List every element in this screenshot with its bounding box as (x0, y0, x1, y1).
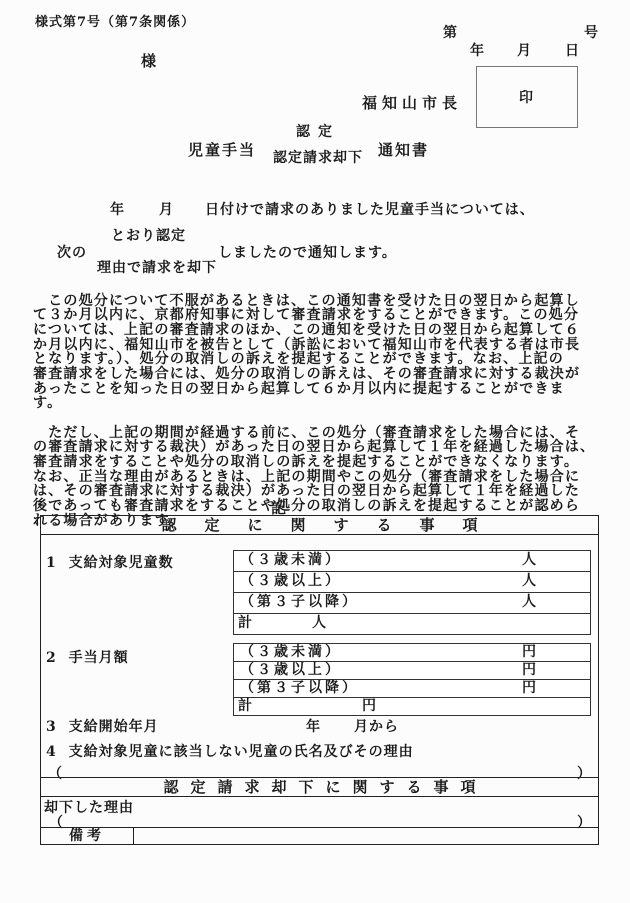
intro-option-approval: とおり認定 (111, 225, 186, 245)
header-month-label: 月 (517, 40, 531, 60)
section2-number: 2 (46, 650, 57, 666)
title-option-rejection: 認定請求却下 (258, 152, 378, 165)
section3-year-label: 年 (306, 716, 321, 736)
legal-text: この処分について不服があるときは、この通知書を受けた日の翌日から起算し て３か月… (33, 279, 608, 543)
section4-number: 4 (46, 744, 57, 760)
section1-title: 支給対象児童数 (69, 555, 174, 571)
row-label: （３歳以上） (240, 662, 342, 678)
row-unit: 円 (522, 644, 536, 660)
form-number: 様式第7号（第7条関係） (35, 11, 195, 30)
form-page: 様式第7号（第7条関係） 第 号 年 月 日 様 福知山市長 印 児童手当 認定… (0, 0, 630, 903)
title-right: 通知書 (378, 139, 429, 160)
section4-title: 支給対象児童に該当しない児童の氏名及びその理由 (69, 744, 414, 760)
total-label: 計 (238, 698, 253, 714)
table-row: （３歳以上） 円 (234, 661, 590, 679)
table-header-rejection: 認定請求却下に関する事項 (41, 777, 598, 797)
section3-title: 支給開始年月 (69, 719, 159, 735)
title-options: 認定 認定請求却下 (258, 126, 378, 165)
section3-month-from: 月から (354, 716, 399, 736)
row-label: （３歳以上） (240, 572, 342, 591)
table-header-approval: 認定に関する事項 (41, 516, 598, 535)
section4-label: 4 支給対象児童に該当しない児童の氏名及びその理由 (46, 741, 414, 761)
row-unit: 円 (522, 680, 536, 696)
intro-tail: しましたので通知します。 (218, 242, 397, 262)
intro-month-label: 月 (159, 199, 173, 219)
table-total-row: 計 円 (234, 697, 590, 715)
legal-paragraph-2: ただし、上記の期間が経過する前に、この処分（審査請求をした場合には、そ の審査請… (33, 426, 608, 529)
addressee-suffix: 様 (141, 50, 156, 71)
row-label: （第３子以降） (240, 680, 359, 696)
table-row: （第３子以降） 人 (234, 592, 590, 613)
section1-number: 1 (46, 555, 57, 571)
remarks-row: 備考 (41, 827, 598, 844)
table-row: （３歳以上） 人 (234, 571, 590, 592)
table-total-row: 計 人 (234, 613, 590, 634)
row-unit: 人 (522, 551, 536, 570)
table-row: （３歳未満） 円 (234, 644, 590, 661)
row-unit: 円 (522, 662, 536, 678)
section1-label: 1 支給対象児童数 (46, 552, 174, 572)
seal-box: 印 (476, 66, 578, 128)
header-day-label: 日 (565, 40, 579, 60)
section2-subtable: （３歳未満） 円 （３歳以上） 円 （第３子以降） 円 計 円 (233, 643, 591, 716)
intro-date-rest: 日付けで請求のありました児童手当については、 (205, 199, 535, 219)
total-unit: 円 (362, 698, 376, 714)
intro-year-label: 年 (110, 199, 124, 219)
section1-subtable: （３歳未満） 人 （３歳以上） 人 （第３子以降） 人 計 人 (233, 550, 591, 635)
seal-mark: 印 (519, 87, 535, 107)
row-label: （３歳未満） (240, 644, 342, 660)
intro-option-rejection: 理由で請求を却下 (97, 257, 217, 277)
row-unit: 人 (522, 593, 536, 612)
total-unit: 人 (312, 614, 326, 633)
title-left: 児童手当 (188, 139, 256, 160)
section2-title: 手当月額 (69, 650, 129, 666)
remarks-label: 備考 (41, 828, 134, 844)
intro-lead: 次の (57, 242, 87, 262)
table-row: （３歳未満） 人 (234, 551, 590, 571)
section2-label: 2 手当月額 (46, 647, 129, 667)
mayor-name: 福知山市長 (362, 92, 462, 113)
row-unit: 人 (522, 572, 536, 591)
section3-label: 3 支給開始年月 (46, 716, 159, 736)
doc-number-suffix: 号 (584, 22, 598, 42)
total-label: 計 (238, 614, 253, 633)
table-row: （第３子以降） 円 (234, 679, 590, 697)
section3-number: 3 (46, 719, 57, 735)
doc-number-prefix: 第 (443, 22, 457, 42)
main-table: 認定に関する事項 1 支給対象児童数 （３歳未満） 人 （３歳以上） 人 （第３… (40, 515, 599, 845)
header-year-label: 年 (470, 40, 484, 60)
title-option-approval: 認定 (258, 126, 378, 139)
row-label: （３歳未満） (240, 551, 342, 570)
row-label: （第３子以降） (240, 593, 359, 612)
legal-paragraph-1: この処分について不服があるときは、この通知書を受けた日の翌日から起算し て３か月… (33, 294, 608, 411)
